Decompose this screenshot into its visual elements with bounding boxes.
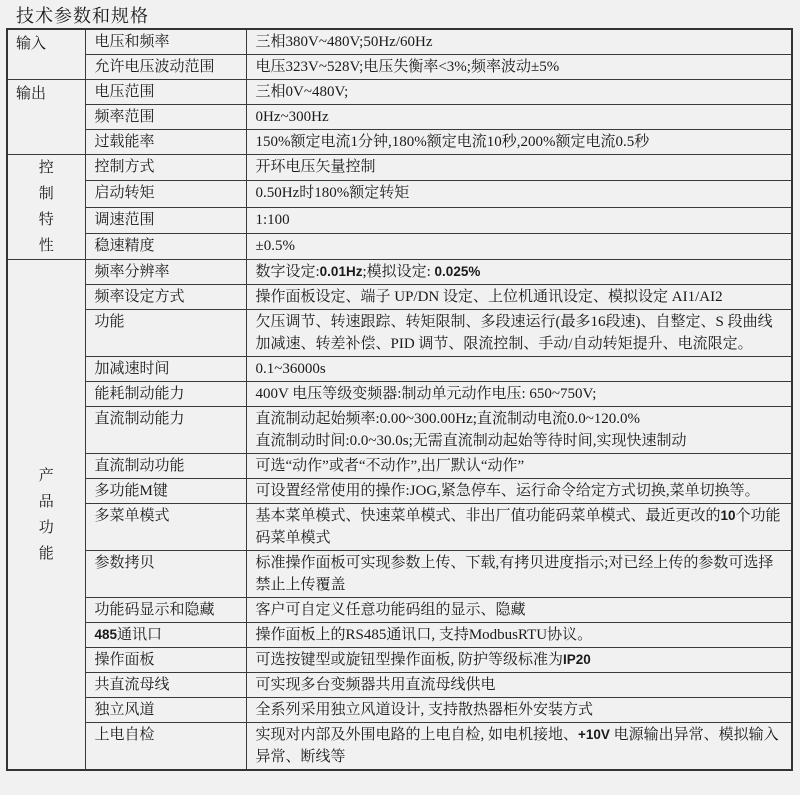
spec-row: 频率范围 0Hz~300Hz bbox=[7, 105, 792, 130]
param-cell: 多菜单模式 bbox=[85, 504, 246, 551]
param-cell: 功能码显示和隐藏 bbox=[85, 598, 246, 623]
value-cell: ±0.5% bbox=[246, 233, 792, 259]
value-cell: 操作面板设定、端子 UP/DN 设定、上位机通讯设定、模拟设定 AI1/AI2 bbox=[246, 285, 792, 310]
value-cell: 实现对内部及外围电路的上电自检, 如电机接地、+10V 电源输出异常、模拟输入异… bbox=[246, 723, 792, 771]
spec-row: 直流制动功能 可选“动作”或者“不动作”,出厂默认“动作” bbox=[7, 454, 792, 479]
param-cell: 能耗制动能力 bbox=[85, 382, 246, 407]
value-cell: 开环电压矢量控制 bbox=[246, 155, 792, 181]
spec-row: 485通讯口 操作面板上的RS485通讯口, 支持ModbusRTU协议。 bbox=[7, 623, 792, 648]
param-cell: 电压和频率 bbox=[85, 29, 246, 55]
param-cell: 直流制动功能 bbox=[85, 454, 246, 479]
category-cell-input: 输入 bbox=[7, 29, 85, 80]
param-cell: 电压范围 bbox=[85, 80, 246, 105]
value-cell: 可实现多台变频器共用直流母线供电 bbox=[246, 673, 792, 698]
param-cell: 控制方式 bbox=[85, 155, 246, 181]
spec-table: 输入 电压和频率 三相380V~480V;50Hz/60Hz 允许电压波动范围 … bbox=[6, 28, 793, 771]
category-cell-control: 控 制 特 性 bbox=[7, 155, 85, 260]
page-title: 技术参数和规格 bbox=[16, 2, 149, 28]
value-cell: 操作面板上的RS485通讯口, 支持ModbusRTU协议。 bbox=[246, 623, 792, 648]
value-cell: 可设置经常使用的操作:JOG,紧急停车、运行命令给定方式切换,菜单切换等。 bbox=[246, 479, 792, 504]
value-cell: 全系列采用独立风道设计, 支持散热器柜外安装方式 bbox=[246, 698, 792, 723]
param-cell: 多功能M键 bbox=[85, 479, 246, 504]
spec-row: 多功能M键 可设置经常使用的操作:JOG,紧急停车、运行命令给定方式切换,菜单切… bbox=[7, 479, 792, 504]
spec-row: 功能码显示和隐藏 客户可自定义任意功能码组的显示、隐藏 bbox=[7, 598, 792, 623]
spec-row: 多菜单模式 基本菜单模式、快速菜单模式、非出厂值功能码菜单模式、最近更改的10个… bbox=[7, 504, 792, 551]
value-cell: 数字设定:0.01Hz;模拟设定: 0.025% bbox=[246, 260, 792, 285]
value-cell: 标准操作面板可实现参数上传、下载,有拷贝进度指示;对已经上传的参数可选择禁止上传… bbox=[246, 551, 792, 598]
param-cell: 直流制动能力 bbox=[85, 407, 246, 454]
spec-row: 过载能率 150%额定电流1分钟,180%额定电流10秒,200%额定电流0.5… bbox=[7, 130, 792, 155]
spec-row: 操作面板 可选按键型或旋钮型操作面板, 防护等级标准为IP20 bbox=[7, 648, 792, 673]
value-cell: 基本菜单模式、快速菜单模式、非出厂值功能码菜单模式、最近更改的10个功能码菜单模… bbox=[246, 504, 792, 551]
value-cell: 欠压调节、转速跟踪、转矩限制、多段速运行(最多16段速)、自整定、S 段曲线加减… bbox=[246, 310, 792, 357]
param-cell: 频率范围 bbox=[85, 105, 246, 130]
spec-row: 输出 电压范围 三相0V~480V; bbox=[7, 80, 792, 105]
value-cell: 直流制动起始频率:0.00~300.00Hz;直流制动电流0.0~120.0%直… bbox=[246, 407, 792, 454]
value-cell: 400V 电压等级变频器:制动单元动作电压: 650~750V; bbox=[246, 382, 792, 407]
param-cell: 加减速时间 bbox=[85, 357, 246, 382]
value-cell: 150%额定电流1分钟,180%额定电流10秒,200%额定电流0.5秒 bbox=[246, 130, 792, 155]
value-cell: 可选“动作”或者“不动作”,出厂默认“动作” bbox=[246, 454, 792, 479]
value-cell: 可选按键型或旋钮型操作面板, 防护等级标准为IP20 bbox=[246, 648, 792, 673]
category-cell-product: 产 品 功 能 bbox=[7, 260, 85, 771]
param-cell: 调速范围 bbox=[85, 207, 246, 233]
value-cell: 电压323V~528V;电压失衡率<3%;频率波动±5% bbox=[246, 55, 792, 80]
param-cell: 参数拷贝 bbox=[85, 551, 246, 598]
spec-row: 调速范围 1:100 bbox=[7, 207, 792, 233]
param-cell: 功能 bbox=[85, 310, 246, 357]
value-cell: 客户可自定义任意功能码组的显示、隐藏 bbox=[246, 598, 792, 623]
spec-row: 加减速时间 0.1~36000s bbox=[7, 357, 792, 382]
spec-row: 产 品 功 能 频率分辨率 数字设定:0.01Hz;模拟设定: 0.025% bbox=[7, 260, 792, 285]
spec-row: 共直流母线 可实现多台变频器共用直流母线供电 bbox=[7, 673, 792, 698]
spec-row: 输入 电压和频率 三相380V~480V;50Hz/60Hz bbox=[7, 29, 792, 55]
param-cell: 启动转矩 bbox=[85, 181, 246, 207]
value-cell: 1:100 bbox=[246, 207, 792, 233]
value-cell: 0.1~36000s bbox=[246, 357, 792, 382]
param-cell: 允许电压波动范围 bbox=[85, 55, 246, 80]
param-cell: 485通讯口 bbox=[85, 623, 246, 648]
spec-row: 频率设定方式 操作面板设定、端子 UP/DN 设定、上位机通讯设定、模拟设定 A… bbox=[7, 285, 792, 310]
param-cell: 上电自检 bbox=[85, 723, 246, 771]
value-cell: 三相380V~480V;50Hz/60Hz bbox=[246, 29, 792, 55]
param-cell: 频率分辨率 bbox=[85, 260, 246, 285]
spec-row: 能耗制动能力 400V 电压等级变频器:制动单元动作电压: 650~750V; bbox=[7, 382, 792, 407]
param-cell: 过载能率 bbox=[85, 130, 246, 155]
value-cell: 三相0V~480V; bbox=[246, 80, 792, 105]
spec-row: 控 制 特 性 控制方式 开环电压矢量控制 bbox=[7, 155, 792, 181]
value-cell: 0Hz~300Hz bbox=[246, 105, 792, 130]
spec-row: 功能 欠压调节、转速跟踪、转矩限制、多段速运行(最多16段速)、自整定、S 段曲… bbox=[7, 310, 792, 357]
spec-row: 上电自检 实现对内部及外围电路的上电自检, 如电机接地、+10V 电源输出异常、… bbox=[7, 723, 792, 771]
spec-row: 稳速精度 ±0.5% bbox=[7, 233, 792, 259]
value-cell: 0.50Hz时180%额定转矩 bbox=[246, 181, 792, 207]
spec-row: 直流制动能力 直流制动起始频率:0.00~300.00Hz;直流制动电流0.0~… bbox=[7, 407, 792, 454]
param-cell: 独立风道 bbox=[85, 698, 246, 723]
param-cell: 操作面板 bbox=[85, 648, 246, 673]
param-cell: 稳速精度 bbox=[85, 233, 246, 259]
spec-row: 独立风道 全系列采用独立风道设计, 支持散热器柜外安装方式 bbox=[7, 698, 792, 723]
spec-row: 参数拷贝 标准操作面板可实现参数上传、下载,有拷贝进度指示;对已经上传的参数可选… bbox=[7, 551, 792, 598]
spec-row: 允许电压波动范围 电压323V~528V;电压失衡率<3%;频率波动±5% bbox=[7, 55, 792, 80]
param-cell: 共直流母线 bbox=[85, 673, 246, 698]
spec-row: 启动转矩 0.50Hz时180%额定转矩 bbox=[7, 181, 792, 207]
category-cell-output: 输出 bbox=[7, 80, 85, 155]
param-cell: 频率设定方式 bbox=[85, 285, 246, 310]
